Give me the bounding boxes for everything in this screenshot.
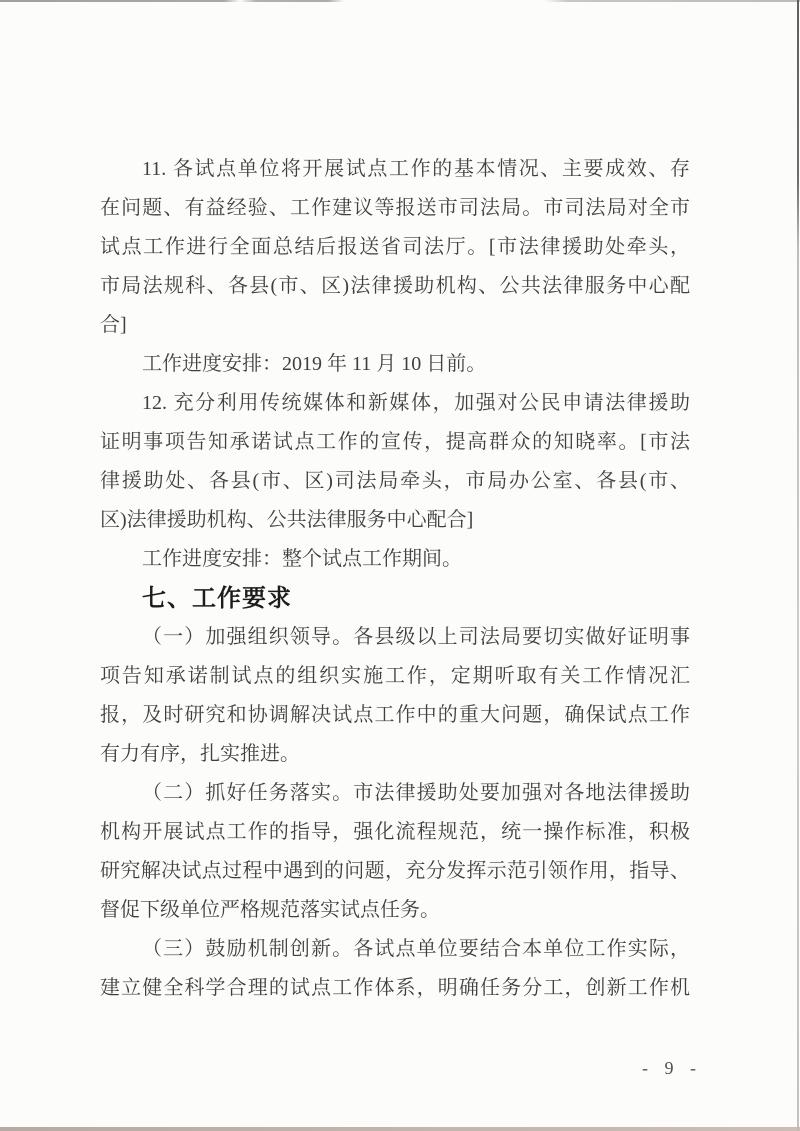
text-line: （一）加强组织领导。各县级以上司法局要切实做好证明事 bbox=[100, 618, 690, 657]
text-line: 研究解决试点过程中遇到的问题，充分发挥示范引领作用，指导、 bbox=[100, 852, 690, 891]
text-line: 在问题、有益经验、工作建议等报送市司法局。市司法局对全市 bbox=[100, 189, 690, 228]
text-line: （三）鼓励机制创新。各试点单位要结合本单位工作实际， bbox=[100, 930, 690, 969]
page-number: - 9 - bbox=[630, 1058, 714, 1079]
text-line: 合] bbox=[100, 306, 690, 345]
text-line: 工作进度安排：整个试点工作期间。 bbox=[100, 540, 690, 579]
text-line: （二）抓好任务落实。市法律援助处要加强对各地法律援助 bbox=[100, 774, 690, 813]
text-line: 市局法规科、各县(市、区)法律援助机构、公共法律服务中心配 bbox=[100, 267, 690, 306]
text-line: 有力有序，扎实推进。 bbox=[100, 735, 690, 774]
text-line: 律援助处、各县(市、区)司法局牵头，市局办公室、各县(市、 bbox=[100, 462, 690, 501]
section-heading: 七、工作要求 bbox=[100, 579, 690, 618]
text-line: 12. 充分利用传统媒体和新媒体，加强对公民申请法律援助 bbox=[100, 384, 690, 423]
text-line: 建立健全科学合理的试点工作体系，明确任务分工，创新工作机 bbox=[100, 969, 690, 1008]
text-line: 机构开展试点工作的指导，强化流程规范，统一操作标准，积极 bbox=[100, 813, 690, 852]
scan-edge-top-artifact bbox=[0, 0, 800, 2]
text-line: 工作进度安排：2019 年 11 月 10 日前。 bbox=[100, 345, 690, 384]
text-line: 项告知承诺制试点的组织实施工作，定期听取有关工作情况汇 bbox=[100, 657, 690, 696]
text-line: 督促下级单位严格规范落实试点任务。 bbox=[100, 891, 690, 930]
text-line: 试点工作进行全面总结后报送省司法厅。[市法律援助处牵头， bbox=[100, 228, 690, 267]
text-line: 11. 各试点单位将开展试点工作的基本情况、主要成效、存 bbox=[100, 150, 690, 189]
text-line: 报，及时研究和协调解决试点工作中的重大问题，确保试点工作 bbox=[100, 696, 690, 735]
document-page: 11. 各试点单位将开展试点工作的基本情况、主要成效、存在问题、有益经验、工作建… bbox=[0, 0, 800, 1131]
text-line: 证明事项告知承诺试点工作的宣传，提高群众的知晓率。[市法 bbox=[100, 423, 690, 462]
text-line: 区)法律援助机构、公共法律服务中心配合] bbox=[100, 501, 690, 540]
document-text: 11. 各试点单位将开展试点工作的基本情况、主要成效、存在问题、有益经验、工作建… bbox=[100, 150, 690, 1008]
scan-edge-right-artifact bbox=[797, 0, 799, 1131]
scan-edge-bottom-artifact bbox=[0, 1127, 800, 1131]
